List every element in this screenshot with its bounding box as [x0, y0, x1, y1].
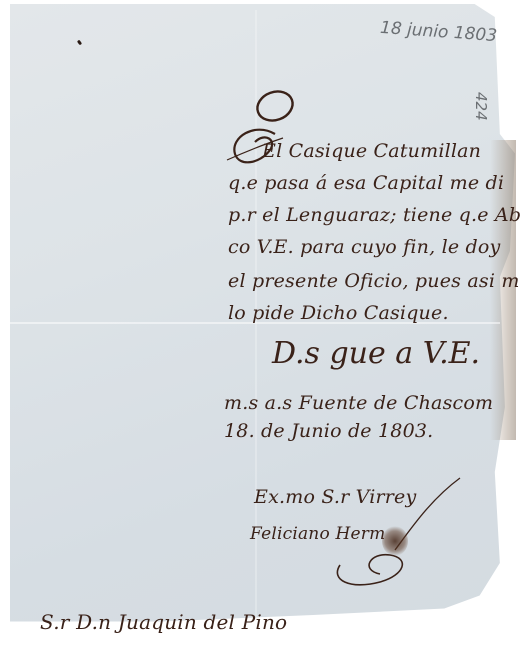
body-line-1: El Casique Catumillan — [262, 140, 481, 162]
body-line-6: lo pide Dicho Casique. — [228, 302, 449, 324]
footer-recipient: S.r D.n Juaquin del Pino — [40, 610, 287, 634]
body-line-4: co V.E. para cuyo fin, le doy — [228, 236, 500, 258]
folio-number: 424 — [472, 92, 490, 121]
ink-blot — [382, 526, 408, 556]
body-line-2: q.e pasa á esa Capital me di — [228, 172, 504, 194]
closing-salutation: D.s gue a V.E. — [272, 336, 480, 371]
body-line-5: el presente Oficio, pues asi m — [228, 270, 520, 292]
body-line-3: p.r el Lenguaraz; tiene q.e Ab — [228, 204, 521, 226]
closing-date: 18. de Junio de 1803. — [224, 420, 433, 442]
closing-place: m.s a.s Fuente de Chascom — [224, 392, 493, 414]
